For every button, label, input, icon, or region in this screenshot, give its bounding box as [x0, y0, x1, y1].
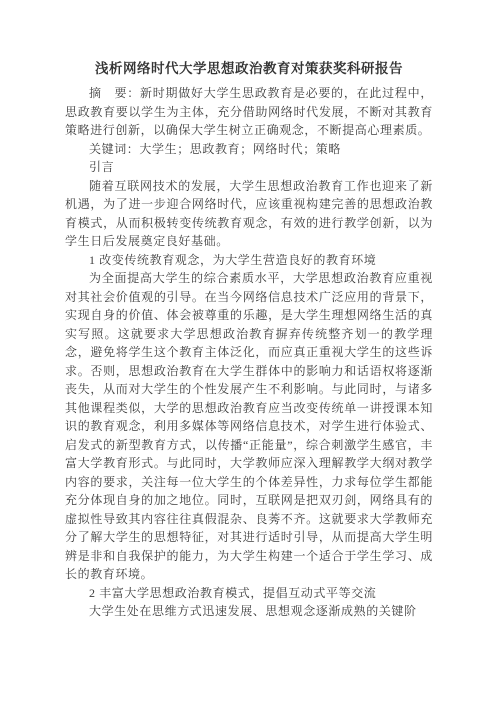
- keywords-line: 关键词：大学生；思政教育；网络时代；策略: [65, 140, 433, 159]
- document-title: 浅析网络时代大学思想政治教育对策获奖科研报告: [65, 58, 433, 79]
- section-2-heading: 2 丰富大学思想政治教育模式，提倡互动式平等交流: [65, 584, 433, 603]
- section-1-heading: 1 改变传统教育观念，为大学生营造良好的教育环境: [65, 251, 433, 270]
- section-1-paragraph: 为全面提高大学生的综合素质水平，大学思想政治教育应重视对其社会价值观的引导。在当…: [65, 269, 433, 584]
- abstract-paragraph: 摘 要：新时期做好大学生思政教育是必要的，在此过程中，思政教育要以学生为主体，充…: [65, 84, 433, 140]
- introduction-label: 引言: [65, 158, 433, 177]
- introduction-paragraph: 随着互联网技术的发展，大学生思想政治教育工作也迎来了新机遇，为了进一步迎合网络时…: [65, 177, 433, 251]
- document-content: 浅析网络时代大学思想政治教育对策获奖科研报告 摘 要：新时期做好大学生思政教育是…: [65, 0, 433, 621]
- section-2-paragraph: 大学生处在思维方式迅速发展、思想观念逐渐成熟的关键阶: [65, 602, 433, 621]
- document-page: 浅析网络时代大学思想政治教育对策获奖科研报告 摘 要：新时期做好大学生思政教育是…: [0, 0, 500, 707]
